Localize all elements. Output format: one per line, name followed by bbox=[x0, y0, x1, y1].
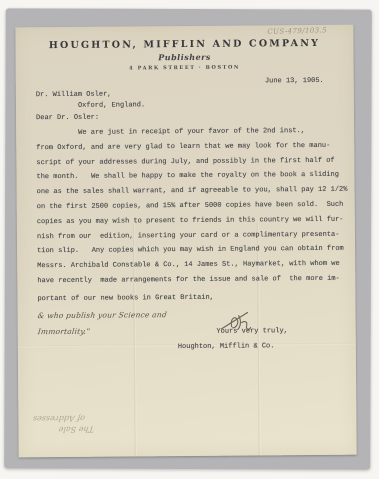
upside-down-pencil-note: The Sale of Addresses bbox=[31, 413, 95, 436]
body-line: portant of our new books in Great Britai… bbox=[37, 294, 213, 303]
handwritten-insertion-continued: Immortality." bbox=[37, 325, 91, 340]
handwritten-insertion: & who publish your Science and bbox=[37, 308, 168, 324]
letterhead-company-name: HOUGHTON, MIFFLIN AND COMPANY bbox=[15, 38, 353, 52]
salutation: Dear Dr. Osler: bbox=[36, 114, 99, 122]
signature-company: Houghton, Mifflin & Co. bbox=[178, 339, 348, 355]
date-line: June 13, 1905. bbox=[265, 77, 324, 85]
letterhead-publishers-label: Publishers bbox=[16, 51, 354, 64]
catalog-number-annotation: CUS-479/103.5 bbox=[268, 26, 328, 36]
body-line-with-insertion: portant of our new books in Great Britai… bbox=[37, 286, 347, 323]
signature-initials bbox=[218, 306, 258, 336]
verso-note-line: The Sale bbox=[31, 424, 94, 435]
letter-page: CUS-479/103.5 HOUGHTON, MIFFLIN AND COMP… bbox=[15, 25, 356, 458]
verso-note-line: of Addresses bbox=[32, 413, 85, 424]
recipient-location: Oxford, England. bbox=[78, 101, 145, 110]
recipient-name: Dr. William Osler, bbox=[36, 91, 112, 100]
letterhead-street-address: 4 PARK STREET · BOSTON bbox=[16, 64, 354, 73]
letter-body: We are just in receipt of your favor of … bbox=[36, 124, 348, 356]
body-line: have recently made arrangements for the … bbox=[37, 272, 347, 289]
